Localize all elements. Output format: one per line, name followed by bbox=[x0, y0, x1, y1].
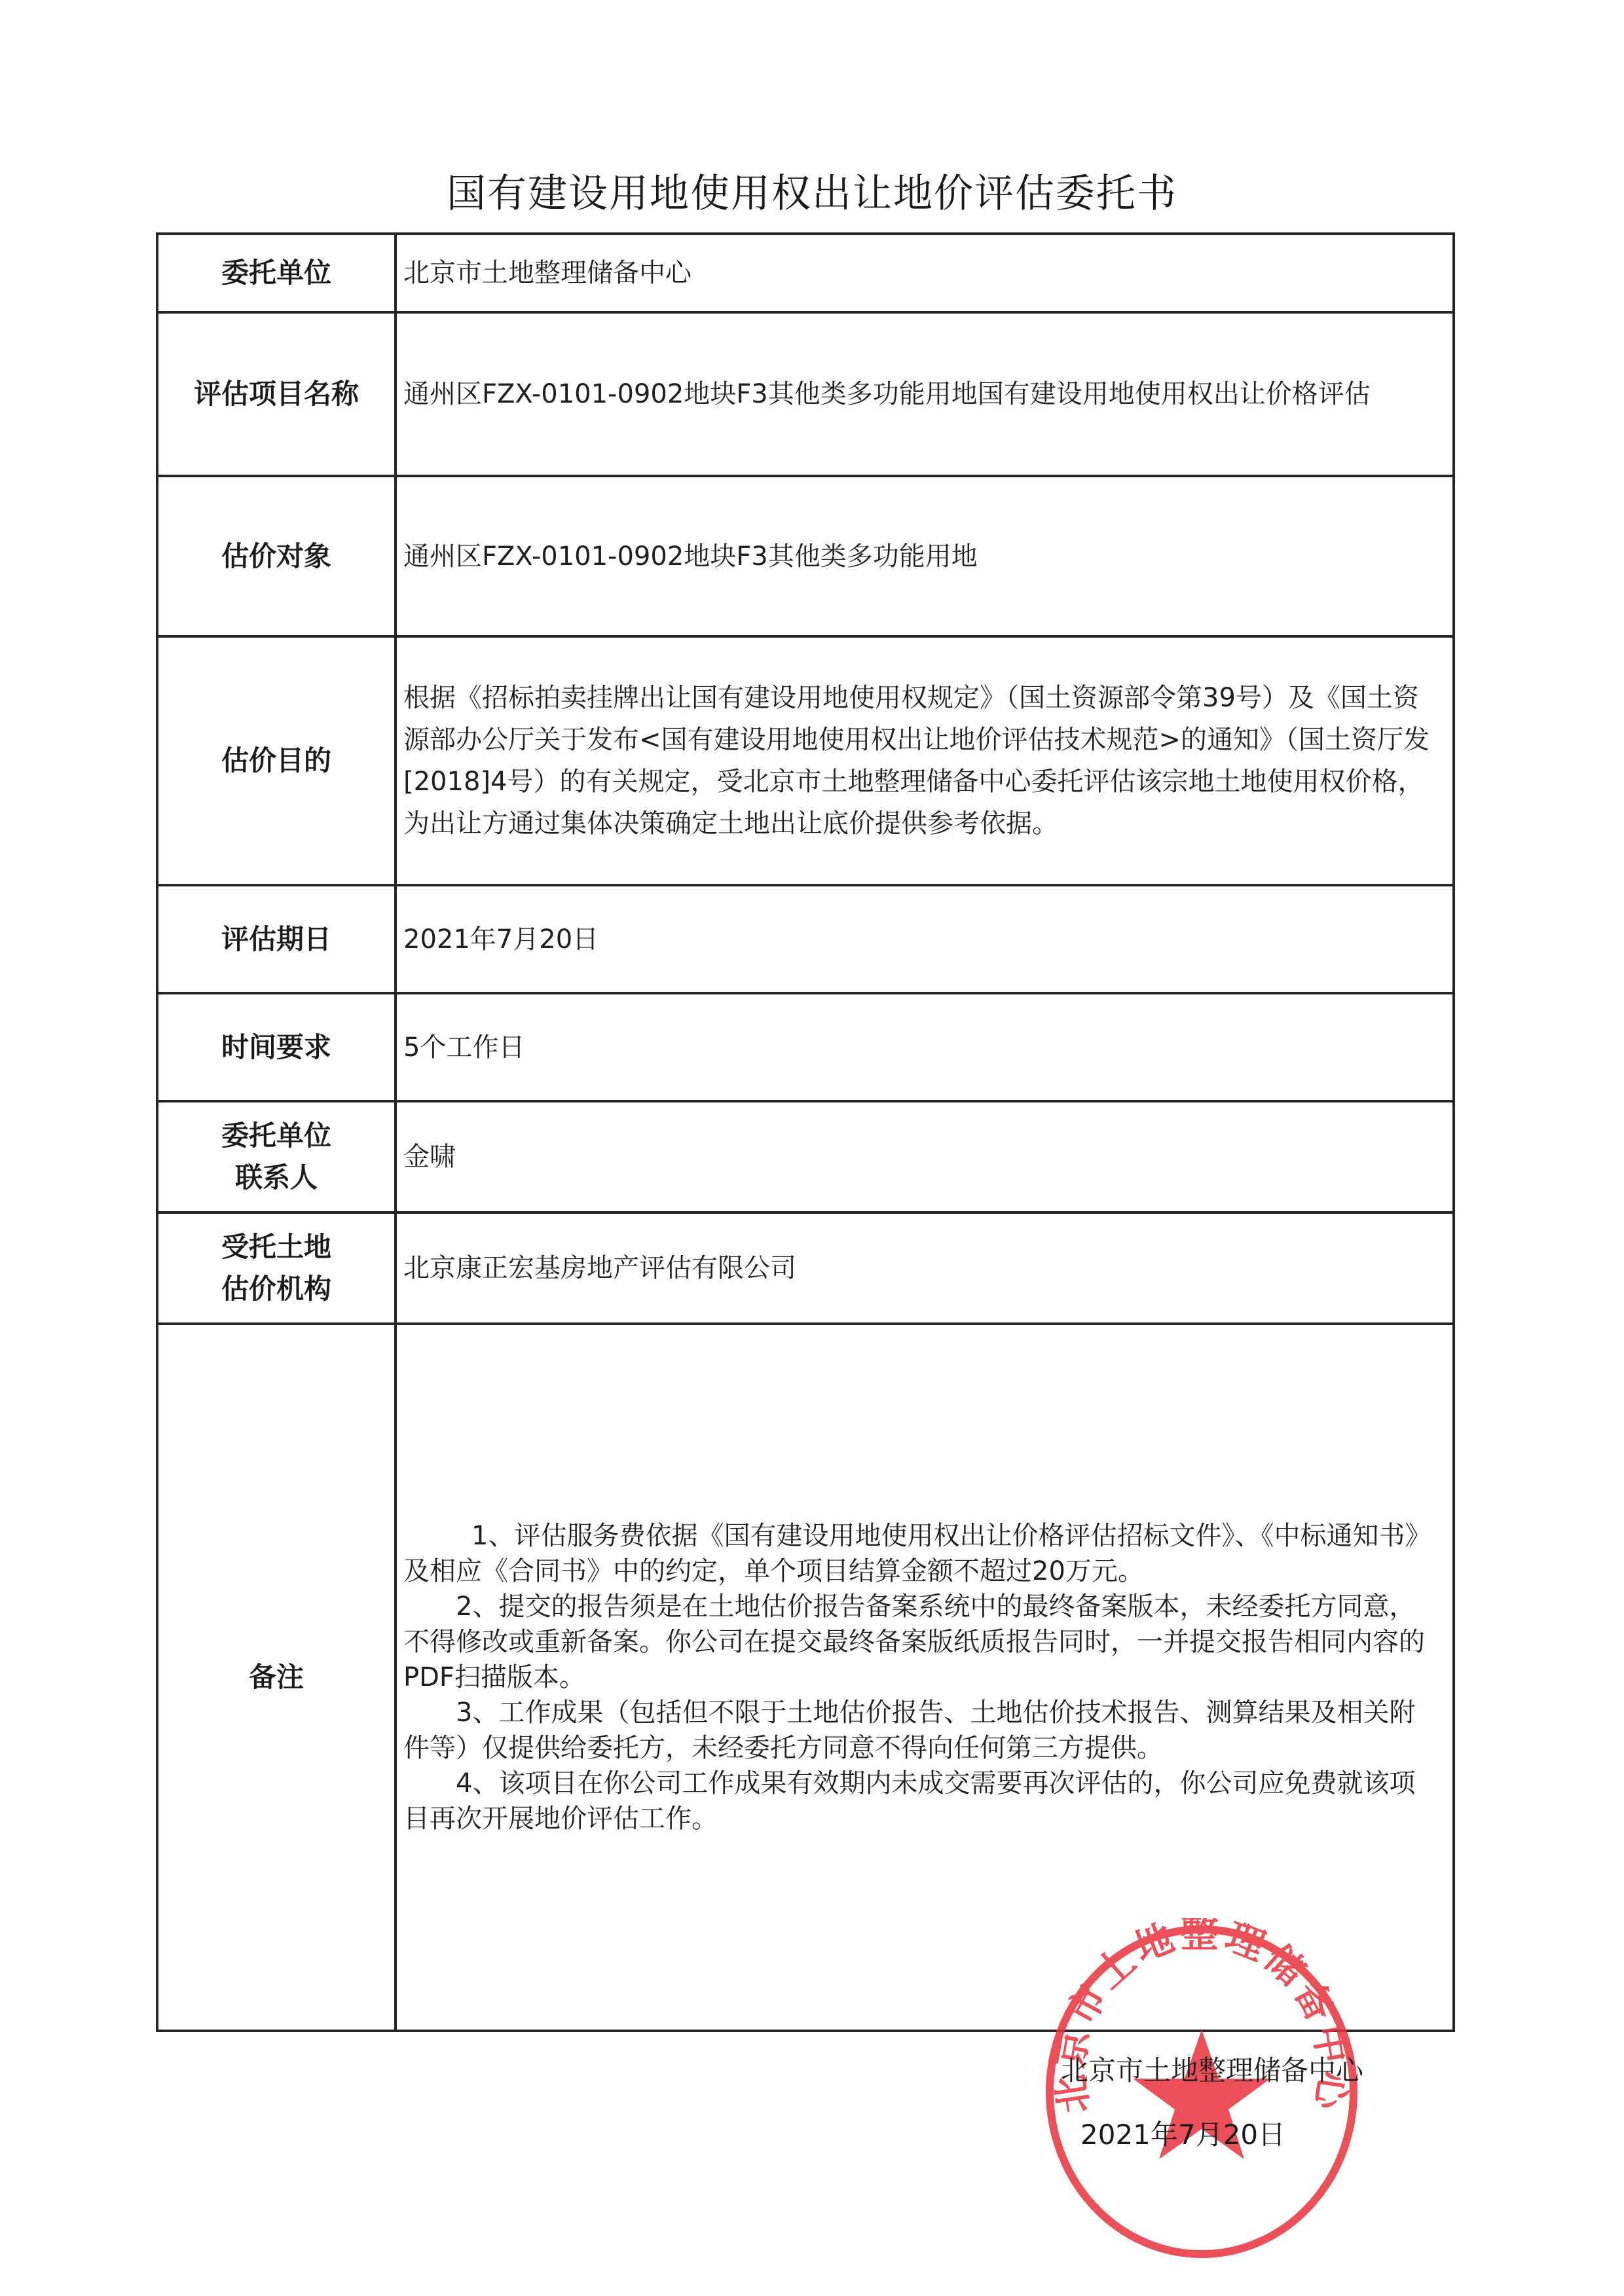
appraisal-agency-value: 北京康正宏基房地产评估有限公司 bbox=[396, 1212, 1454, 1324]
client-value: 北京市土地整理储备中心 bbox=[396, 234, 1454, 312]
project-name-label: 评估项目名称 bbox=[157, 312, 396, 476]
valuation-purpose-label: 估价目的 bbox=[157, 636, 396, 885]
remarks-label: 备注 bbox=[157, 1324, 396, 2031]
table-row-valuation-object: 估价对象 通州区FZX-0101-0902地块F3其他类多功能用地 bbox=[157, 476, 1454, 636]
table-row-project-name: 评估项目名称 通州区FZX-0101-0902地块F3其他类多功能用地国有建设用… bbox=[157, 312, 1454, 476]
table-row-appraisal-agency: 受托土地 估价机构 北京康正宏基房地产评估有限公司 bbox=[157, 1212, 1454, 1324]
appraisal-agency-label: 受托土地 估价机构 bbox=[157, 1212, 396, 1324]
appraisal-agency-label-line1: 受托土地 bbox=[158, 1226, 394, 1268]
client-contact-label-line1: 委托单位 bbox=[158, 1115, 394, 1157]
project-name-value: 通州区FZX-0101-0902地块F3其他类多功能用地国有建设用地使用权出让价… bbox=[396, 312, 1454, 476]
table-row-client: 委托单位 北京市土地整理储备中心 bbox=[157, 234, 1454, 312]
client-contact-value: 金啸 bbox=[396, 1101, 1454, 1212]
official-seal-icon: 北京市土地整理储备中心 bbox=[1038, 1918, 1365, 2265]
table-row-time-requirement: 时间要求 5个工作日 bbox=[157, 993, 1454, 1101]
client-contact-label-line2: 联系人 bbox=[158, 1157, 394, 1199]
remark-item-4: 4、该项目在你公司工作成果有效期内未成交需要再次评估的，你公司应免费就该项目再次… bbox=[403, 1766, 1433, 1836]
client-contact-label: 委托单位 联系人 bbox=[157, 1101, 396, 1212]
table-row-client-contact: 委托单位 联系人 金啸 bbox=[157, 1101, 1454, 1212]
valuation-object-value: 通州区FZX-0101-0902地块F3其他类多功能用地 bbox=[396, 476, 1454, 636]
time-requirement-value: 5个工作日 bbox=[396, 993, 1454, 1101]
valuation-purpose-value: 根据《招标拍卖挂牌出让国有建设用地使用权规定》（国土资源部令第39号）及《国土资… bbox=[396, 636, 1454, 885]
remark-item-3: 3、工作成果（包括但不限于土地估价报告、土地估价技术报告、测算结果及相关附件等）… bbox=[403, 1695, 1433, 1766]
client-label: 委托单位 bbox=[157, 234, 396, 312]
remark-item-1: 1、评估服务费依据《国有建设用地使用权出让价格评估招标文件》、《中标通知书》及相… bbox=[403, 1518, 1433, 1589]
table-row-valuation-purpose: 估价目的 根据《招标拍卖挂牌出让国有建设用地使用权规定》（国土资源部令第39号）… bbox=[157, 636, 1454, 885]
footer-date: 2021年7月20日 bbox=[1080, 2113, 1285, 2153]
table-row-valuation-date: 评估期日 2021年7月20日 bbox=[157, 885, 1454, 993]
valuation-object-label: 估价对象 bbox=[157, 476, 396, 636]
remarks-list: 1、评估服务费依据《国有建设用地使用权出让价格评估招标文件》、《中标通知书》及相… bbox=[403, 1492, 1433, 1863]
appraisal-agency-label-line2: 估价机构 bbox=[158, 1268, 394, 1310]
remark-item-2: 2、提交的报告须是在土地估价报告备案系统中的最终备案版本，未经委托方同意，不得修… bbox=[403, 1589, 1433, 1695]
page-title: 国有建设用地使用权出让地价评估委托书 bbox=[0, 162, 1624, 219]
valuation-date-label: 评估期日 bbox=[157, 885, 396, 993]
time-requirement-label: 时间要求 bbox=[157, 993, 396, 1101]
commission-form-table: 委托单位 北京市土地整理储备中心 评估项目名称 通州区FZX-0101-0902… bbox=[156, 232, 1455, 2032]
valuation-date-value: 2021年7月20日 bbox=[396, 885, 1454, 993]
footer-organization: 北京市土地整理储备中心 bbox=[1061, 2049, 1363, 2088]
